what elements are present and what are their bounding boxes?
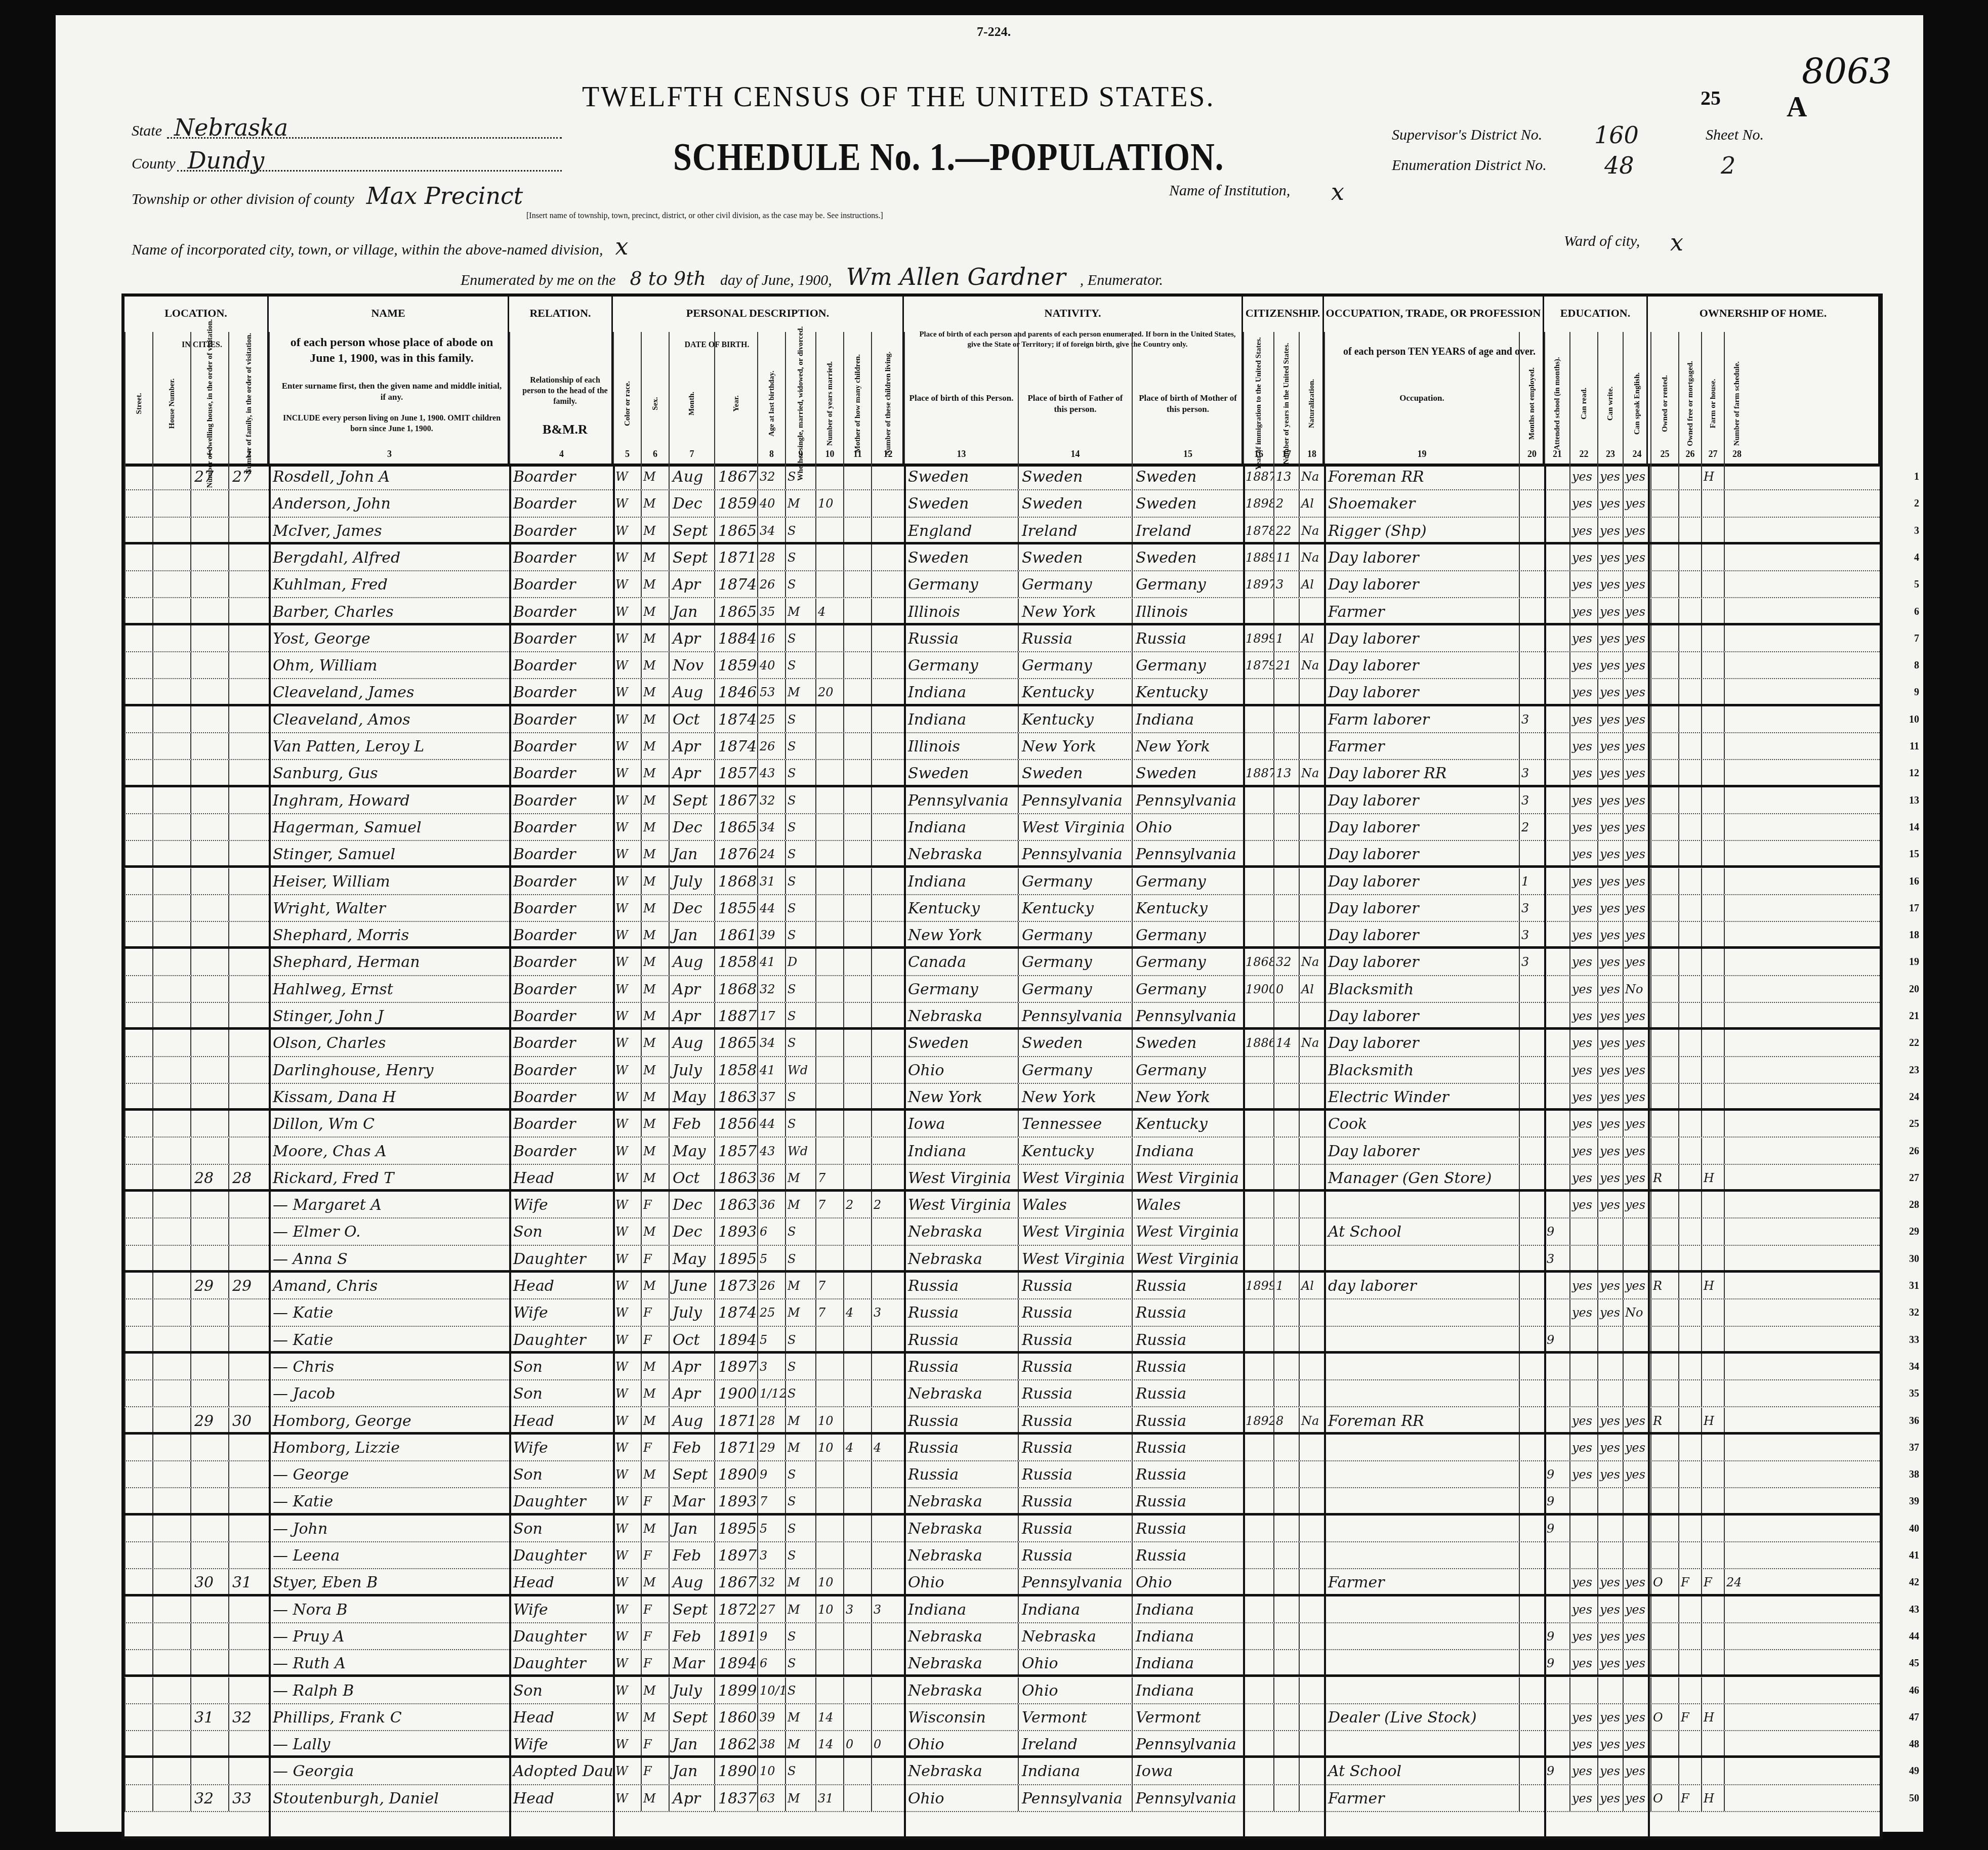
cell-ch bbox=[843, 1704, 871, 1730]
cell-fs bbox=[1724, 1677, 1749, 1703]
cell-fs bbox=[1724, 1380, 1749, 1406]
cell-fm bbox=[1678, 464, 1701, 489]
cell-fs bbox=[1724, 1623, 1749, 1649]
cell-house bbox=[152, 1758, 190, 1784]
cell-imm bbox=[1243, 1084, 1273, 1108]
table-row[interactable]: Cleaveland, AmosBoarderWMOct187425SIndia… bbox=[125, 706, 1880, 733]
cell-occ: Day laborer bbox=[1324, 679, 1519, 703]
cell-nat bbox=[1299, 1785, 1324, 1811]
cell-fm bbox=[1678, 1516, 1701, 1541]
cell-sch bbox=[1544, 625, 1569, 651]
cell-yus bbox=[1273, 1785, 1299, 1811]
cell-fam bbox=[228, 868, 269, 894]
cell-yr: 1859 bbox=[714, 652, 757, 678]
table-row[interactable]: Homborg, LizzieWifeWFFeb187129M1044Russi… bbox=[125, 1435, 1880, 1461]
table-row[interactable]: Hagerman, SamuelBoarderWMDec186534SIndia… bbox=[125, 814, 1880, 841]
cell-race: W bbox=[613, 1327, 641, 1351]
cell-imm bbox=[1243, 1596, 1273, 1622]
cell-nat bbox=[1299, 733, 1324, 759]
cell-yus: 1 bbox=[1273, 625, 1299, 651]
table-row[interactable]: Shephard, HermanBoarderWMAug185841DCanad… bbox=[125, 949, 1880, 976]
line-number: 43 bbox=[1909, 1596, 1919, 1623]
cell-name: — Katie bbox=[269, 1327, 509, 1351]
column-number: 13 bbox=[905, 449, 1018, 459]
cell-yr: 1867 bbox=[714, 464, 757, 489]
cell-dw bbox=[190, 1003, 228, 1027]
table-row[interactable]: McIver, JamesBoarderWMSept186534SEngland… bbox=[125, 518, 1880, 544]
cell-cl bbox=[871, 868, 904, 894]
cell-fam bbox=[228, 1111, 269, 1137]
cell-cl bbox=[871, 1354, 904, 1379]
cell-rd: yes bbox=[1569, 814, 1597, 840]
table-row[interactable]: — ChrisSonWMApr18973SRussiaRussiaRussia3… bbox=[125, 1354, 1880, 1380]
cell-wr: yes bbox=[1597, 1165, 1623, 1189]
cell-street bbox=[125, 1488, 152, 1512]
cell-race: W bbox=[613, 1542, 641, 1568]
cell-ms: M bbox=[785, 490, 815, 516]
cell-cl bbox=[871, 1003, 904, 1027]
cell-fm bbox=[1678, 1650, 1701, 1674]
cell-own bbox=[1650, 706, 1678, 732]
cell-cl bbox=[871, 706, 904, 732]
page-letter: A bbox=[1787, 91, 1807, 123]
cell-imm bbox=[1243, 1299, 1273, 1325]
cell-sch bbox=[1544, 922, 1569, 946]
column-header-sch: Attended school (in months).21 bbox=[1544, 332, 1569, 464]
table-row[interactable]: — JohnSonWMJan18955SNebraskaRussiaRussia… bbox=[125, 1516, 1880, 1542]
table-row[interactable]: — GeorgeSonWMSept18909SRussiaRussiaRussi… bbox=[125, 1461, 1880, 1488]
cell-en: yes bbox=[1623, 1003, 1650, 1027]
cell-street bbox=[125, 544, 152, 570]
cell-sex: M bbox=[641, 652, 669, 678]
cell-rd: yes bbox=[1569, 490, 1597, 516]
table-row[interactable]: Sanburg, GusBoarderWMApr185743SSwedenSwe… bbox=[125, 760, 1880, 787]
table-row[interactable]: Stinger, SamuelBoarderWMJan187624SNebras… bbox=[125, 841, 1880, 868]
cell-sch bbox=[1544, 571, 1569, 597]
cell-cl: 0 bbox=[871, 1731, 904, 1755]
column-label: Year. bbox=[732, 395, 740, 411]
cell-own bbox=[1650, 1030, 1678, 1056]
cell-race: W bbox=[613, 1003, 641, 1027]
table-row[interactable]: Yost, GeorgeBoarderWMApr188416SRussiaRus… bbox=[125, 625, 1880, 652]
cell-fam bbox=[228, 1030, 269, 1056]
cell-race: W bbox=[613, 733, 641, 759]
column-header-fb: Place of birth of Father of this person.… bbox=[1018, 332, 1132, 464]
cell-rel: Boarder bbox=[509, 625, 613, 651]
cell-dw bbox=[190, 895, 228, 921]
cell-rd bbox=[1569, 1327, 1597, 1351]
cell-en: yes bbox=[1623, 760, 1650, 784]
cell-race: W bbox=[613, 1677, 641, 1703]
cell-fh bbox=[1701, 1516, 1724, 1541]
table-row[interactable]: — Ruth ADaughterWFMar18946SNebraskaOhioI… bbox=[125, 1650, 1880, 1677]
cell-fs bbox=[1724, 949, 1749, 975]
cell-ym: 7 bbox=[815, 1192, 843, 1217]
cell-mne bbox=[1519, 1542, 1544, 1568]
cell-cl: 3 bbox=[871, 1299, 904, 1325]
table-row[interactable]: Darlinghouse, HenryBoarderWMJuly185841Wd… bbox=[125, 1057, 1880, 1084]
table-row[interactable]: 3233Stoutenburgh, DanielHeadWMApr183763M… bbox=[125, 1785, 1880, 1812]
cell-fam bbox=[228, 733, 269, 759]
cell-occ: Foreman RR bbox=[1324, 1408, 1519, 1432]
cell-fs bbox=[1724, 868, 1749, 894]
cell-mne bbox=[1519, 1380, 1544, 1406]
cell-fh bbox=[1701, 1327, 1724, 1351]
cell-fb: Russia bbox=[1018, 1542, 1132, 1568]
cell-own: O bbox=[1650, 1785, 1678, 1811]
cell-ch bbox=[843, 1380, 871, 1406]
cell-fam: 28 bbox=[228, 1165, 269, 1189]
cell-mb: Indiana bbox=[1132, 706, 1243, 732]
cell-race: W bbox=[613, 1354, 641, 1379]
cell-fb: Russia bbox=[1018, 1488, 1132, 1512]
cell-mon: Aug bbox=[669, 1408, 714, 1432]
column-number: 12 bbox=[872, 449, 904, 459]
cell-ms: S bbox=[785, 544, 815, 570]
cell-mon: Apr bbox=[669, 571, 714, 597]
cell-age: 29 bbox=[757, 1435, 785, 1460]
cell-yus bbox=[1273, 1084, 1299, 1108]
cell-fb: West Virginia bbox=[1018, 814, 1132, 840]
cell-name: Rosdell, John A bbox=[269, 464, 509, 489]
line-number: 18 bbox=[1909, 922, 1919, 949]
table-row[interactable]: — Anna SDaughterWFMay18955SNebraskaWest … bbox=[125, 1246, 1880, 1273]
cell-age: 40 bbox=[757, 652, 785, 678]
table-row[interactable]: 3031Styer, Eben BHeadWMAug186732M10OhioP… bbox=[125, 1569, 1880, 1596]
cell-wr: yes bbox=[1597, 1084, 1623, 1108]
cell-name: Stinger, John J bbox=[269, 1003, 509, 1027]
cell-mne bbox=[1519, 599, 1544, 623]
column-header-name: 3 bbox=[269, 332, 509, 464]
cell-mb: Sweden bbox=[1132, 490, 1243, 516]
cell-street bbox=[125, 814, 152, 840]
cell-ym: 10 bbox=[815, 1435, 843, 1460]
cell-own bbox=[1650, 1246, 1678, 1270]
cell-fm bbox=[1678, 1461, 1701, 1487]
cell-house bbox=[152, 1057, 190, 1083]
cell-own bbox=[1650, 1677, 1678, 1703]
cell-occ bbox=[1324, 1246, 1519, 1270]
cell-nat bbox=[1299, 1165, 1324, 1189]
table-row[interactable]: — LallyWifeWFJan186238M1400OhioIrelandPe… bbox=[125, 1731, 1880, 1758]
cell-sex: M bbox=[641, 544, 669, 570]
sheet-value: 2 bbox=[1721, 152, 1735, 179]
cell-rel: Head bbox=[509, 1408, 613, 1432]
cell-wr: yes bbox=[1597, 1461, 1623, 1487]
cell-sex: M bbox=[641, 1516, 669, 1541]
cell-fb: Vermont bbox=[1018, 1704, 1132, 1730]
line-number: 6 bbox=[1914, 599, 1919, 625]
cell-street bbox=[125, 760, 152, 784]
state-value: Nebraska bbox=[174, 114, 288, 141]
cell-fh bbox=[1701, 949, 1724, 975]
cell-age: 34 bbox=[757, 1030, 785, 1056]
table-row[interactable]: — Pruy ADaughterWFFeb18919SNebraskaNebra… bbox=[125, 1623, 1880, 1650]
cell-pb: Illinois bbox=[904, 599, 1018, 623]
cell-rel: Head bbox=[509, 1165, 613, 1189]
cell-name: Shephard, Morris bbox=[269, 922, 509, 946]
cell-fh: H bbox=[1701, 1408, 1724, 1432]
cell-ch bbox=[843, 1218, 871, 1244]
cell-fm bbox=[1678, 1380, 1701, 1406]
table-row[interactable]: Hahlweg, ErnstBoarderWMApr186832SGermany… bbox=[125, 976, 1880, 1003]
table-row[interactable]: Dillon, Wm CBoarderWMFeb185644SIowaTenne… bbox=[125, 1111, 1880, 1138]
cell-occ: Farm laborer bbox=[1324, 706, 1519, 732]
cell-imm bbox=[1243, 1165, 1273, 1189]
cell-yr: 1846 bbox=[714, 679, 757, 703]
cell-mb: Kentucky bbox=[1132, 1111, 1243, 1137]
cell-fs bbox=[1724, 1516, 1749, 1541]
cell-wr bbox=[1597, 1327, 1623, 1351]
cell-ms: S bbox=[785, 895, 815, 921]
cell-mb: Germany bbox=[1132, 949, 1243, 975]
cell-yr: 1865 bbox=[714, 518, 757, 542]
cell-ms: M bbox=[785, 1785, 815, 1811]
table-row[interactable]: — Margaret AWifeWFDec186336M722West Virg… bbox=[125, 1192, 1880, 1218]
cell-en bbox=[1623, 1327, 1650, 1351]
cell-fm bbox=[1678, 1273, 1701, 1298]
cell-fm bbox=[1678, 1218, 1701, 1244]
cell-ch bbox=[843, 1542, 871, 1568]
cell-wr bbox=[1597, 1542, 1623, 1568]
cell-sch: 9 bbox=[1544, 1516, 1569, 1541]
cell-fam bbox=[228, 787, 269, 813]
cell-ch bbox=[843, 1408, 871, 1432]
cell-fs bbox=[1724, 976, 1749, 1002]
table-row[interactable]: Barber, CharlesBoarderWMJan186535M4Illin… bbox=[125, 599, 1880, 625]
table-row[interactable]: Wright, WalterBoarderWMDec185544SKentuck… bbox=[125, 895, 1880, 922]
cell-cl bbox=[871, 544, 904, 570]
cell-nat bbox=[1299, 599, 1324, 623]
cell-en: yes bbox=[1623, 1461, 1650, 1487]
cell-fb: New York bbox=[1018, 1084, 1132, 1108]
cell-rel: Daughter bbox=[509, 1542, 613, 1568]
cell-house bbox=[152, 1003, 190, 1027]
cell-house bbox=[152, 814, 190, 840]
cell-en: No bbox=[1623, 976, 1650, 1002]
column-number: 5 bbox=[614, 449, 641, 459]
table-row[interactable]: Bergdahl, AlfredBoarderWMSept187128SSwed… bbox=[125, 544, 1880, 571]
cell-sch: 9 bbox=[1544, 1623, 1569, 1649]
cell-age: 17 bbox=[757, 1003, 785, 1027]
line-number: 12 bbox=[1909, 760, 1919, 787]
cell-fam bbox=[228, 679, 269, 703]
cell-mon: Apr bbox=[669, 1354, 714, 1379]
cell-rel: Boarder bbox=[509, 518, 613, 542]
cell-rd: yes bbox=[1569, 922, 1597, 946]
cell-ch bbox=[843, 1569, 871, 1593]
table-row[interactable]: — Elmer O.SonWMDec18936SNebraskaWest Vir… bbox=[125, 1218, 1880, 1245]
cell-rel: Adopted Daughter bbox=[509, 1758, 613, 1784]
column-number: 4 bbox=[510, 449, 613, 459]
column-header-cl: Number of these children living.12 bbox=[871, 332, 904, 464]
cell-yus bbox=[1273, 1327, 1299, 1351]
cell-mb: Russia bbox=[1132, 1380, 1243, 1406]
column-number: 19 bbox=[1325, 449, 1519, 459]
cell-fam bbox=[228, 760, 269, 784]
table-row[interactable]: — KatieWifeWFJuly187425M743RussiaRussiaR… bbox=[125, 1299, 1880, 1326]
cell-fs bbox=[1724, 652, 1749, 678]
table-row[interactable]: — JacobSonWMApr19001/12SNebraskaRussiaRu… bbox=[125, 1380, 1880, 1407]
table-row[interactable]: 3132Phillips, Frank CHeadWMSept186039M14… bbox=[125, 1704, 1880, 1731]
cell-yr: 1858 bbox=[714, 1057, 757, 1083]
nativity-group-title: NATIVITY. bbox=[904, 297, 1241, 320]
cell-rel: Boarder bbox=[509, 1084, 613, 1108]
cell-dw bbox=[190, 1516, 228, 1541]
cell-dw bbox=[190, 787, 228, 813]
cell-ms: S bbox=[785, 464, 815, 489]
cell-en: yes bbox=[1623, 1408, 1650, 1432]
column-label: Place of birth of this Person. bbox=[905, 332, 1018, 407]
cell-occ bbox=[1324, 1461, 1519, 1487]
cell-fs bbox=[1724, 679, 1749, 703]
cell-occ: Dealer (Live Stock) bbox=[1324, 1704, 1519, 1730]
table-row[interactable]: — KatieDaughterWFMar18937SNebraskaRussia… bbox=[125, 1488, 1880, 1515]
cell-rel: Boarder bbox=[509, 1057, 613, 1083]
table-row[interactable]: Moore, Chas ABoarderWMMay185743WdIndiana… bbox=[125, 1138, 1880, 1165]
cell-yr: 1863 bbox=[714, 1192, 757, 1217]
cell-mon: Feb bbox=[669, 1542, 714, 1568]
cell-fm bbox=[1678, 868, 1701, 894]
cell-nat bbox=[1299, 787, 1324, 813]
cell-race: W bbox=[613, 841, 641, 865]
column-header-yr: Year. bbox=[714, 332, 757, 464]
cell-sex: M bbox=[641, 949, 669, 975]
cell-yus: 22 bbox=[1273, 518, 1299, 542]
cell-dw bbox=[190, 679, 228, 703]
cell-sex: M bbox=[641, 1030, 669, 1056]
table-row[interactable]: Heiser, WilliamBoarderWMJuly186831SIndia… bbox=[125, 868, 1880, 895]
cell-fam: 27 bbox=[228, 464, 269, 489]
cell-dw bbox=[190, 1192, 228, 1217]
table-row[interactable]: 2727Rosdell, John ABoarderWMAug186732SSw… bbox=[125, 464, 1880, 490]
cell-fam bbox=[228, 1246, 269, 1270]
cell-street bbox=[125, 1461, 152, 1487]
table-row[interactable]: Van Patten, Leroy LBoarderWMApr187426SIl… bbox=[125, 733, 1880, 760]
cell-en bbox=[1623, 1218, 1650, 1244]
table-row[interactable]: Kissam, Dana HBoarderWMMay186337SNew Yor… bbox=[125, 1084, 1880, 1111]
cell-imm bbox=[1243, 1623, 1273, 1649]
table-row[interactable]: — KatieDaughterWFOct18945SRussiaRussiaRu… bbox=[125, 1327, 1880, 1354]
cell-ch: 0 bbox=[843, 1731, 871, 1755]
supervisor-label: Supervisor's District No. bbox=[1392, 127, 1542, 143]
table-row[interactable]: Stinger, John JBoarderWMApr188717SNebras… bbox=[125, 1003, 1880, 1030]
cell-fam bbox=[228, 706, 269, 732]
cell-fm bbox=[1678, 1111, 1701, 1137]
cell-mb: Russia bbox=[1132, 1488, 1243, 1512]
cell-nat bbox=[1299, 868, 1324, 894]
cell-house bbox=[152, 1785, 190, 1811]
page-number: 25 bbox=[1701, 86, 1721, 110]
cell-ym bbox=[815, 949, 843, 975]
cell-fam bbox=[228, 518, 269, 542]
cell-yus: 2 bbox=[1273, 490, 1299, 516]
cell-fam bbox=[228, 1650, 269, 1674]
cell-yus bbox=[1273, 706, 1299, 732]
cell-wr: yes bbox=[1597, 760, 1623, 784]
cell-ym: 31 bbox=[815, 1785, 843, 1811]
cell-age: 32 bbox=[757, 976, 785, 1002]
cell-race: W bbox=[613, 949, 641, 975]
cell-occ: Day laborer bbox=[1324, 841, 1519, 865]
cell-yr: 1867 bbox=[714, 787, 757, 813]
cell-sch: 9 bbox=[1544, 1650, 1569, 1674]
cell-ym bbox=[815, 1084, 843, 1108]
table-row[interactable]: — Ralph BSonWMJuly189910/12SNebraskaOhio… bbox=[125, 1677, 1880, 1704]
cell-race: W bbox=[613, 760, 641, 784]
cell-imm bbox=[1243, 1111, 1273, 1137]
cell-mb: West Virginia bbox=[1132, 1246, 1243, 1270]
cell-age: 3 bbox=[757, 1542, 785, 1568]
cell-fm bbox=[1678, 1246, 1701, 1270]
cell-own: R bbox=[1650, 1165, 1678, 1189]
table-row[interactable]: — LeenaDaughterWFFeb18973SNebraskaRussia… bbox=[125, 1542, 1880, 1569]
cell-yus bbox=[1273, 1704, 1299, 1730]
cell-ms: M bbox=[785, 1731, 815, 1755]
table-row[interactable]: 2930Homborg, GeorgeHeadWMAug187128M10Rus… bbox=[125, 1408, 1880, 1435]
table-row[interactable]: — GeorgiaAdopted DaughterWFJan189010SNeb… bbox=[125, 1758, 1880, 1785]
table-row[interactable]: — Nora BWifeWFSept187227M1033IndianaIndi… bbox=[125, 1596, 1880, 1623]
cell-own bbox=[1650, 868, 1678, 894]
cell-fm bbox=[1678, 625, 1701, 651]
table-row[interactable]: Inghram, HowardBoarderWMSept186732SPenns… bbox=[125, 787, 1880, 814]
column-label: Street. bbox=[135, 393, 143, 414]
cell-occ bbox=[1324, 1542, 1519, 1568]
cell-en: yes bbox=[1623, 490, 1650, 516]
cell-own bbox=[1650, 1461, 1678, 1487]
cell-en: yes bbox=[1623, 1111, 1650, 1137]
cell-mon: July bbox=[669, 1299, 714, 1325]
cell-cl bbox=[871, 652, 904, 678]
cell-occ: Day laborer bbox=[1324, 1003, 1519, 1027]
table-row[interactable]: Kuhlman, FredBoarderWMApr187426SGermanyG… bbox=[125, 571, 1880, 598]
table-row[interactable]: Anderson, JohnBoarderWMDec185940M10Swede… bbox=[125, 490, 1880, 517]
table-row[interactable]: 2828Rickard, Fred THeadWMOct186336M7West… bbox=[125, 1165, 1880, 1192]
cell-fs bbox=[1724, 1758, 1749, 1784]
cell-ym: 7 bbox=[815, 1299, 843, 1325]
cell-name: — George bbox=[269, 1461, 509, 1487]
table-row[interactable]: 2929Amand, ChrisHeadWMJune187326M7Russia… bbox=[125, 1273, 1880, 1299]
cell-imm: 1879 bbox=[1243, 652, 1273, 678]
cell-house bbox=[152, 599, 190, 623]
district-box: Supervisor's District No. 160 Sheet No. … bbox=[1392, 127, 1807, 187]
cell-own bbox=[1650, 544, 1678, 570]
cell-own bbox=[1650, 733, 1678, 759]
cell-yus bbox=[1273, 1218, 1299, 1244]
cell-en: yes bbox=[1623, 895, 1650, 921]
table-row[interactable]: Cleaveland, JamesBoarderWMAug184653M20In… bbox=[125, 679, 1880, 706]
table-row[interactable]: Shephard, MorrisBoarderWMJan186139SNew Y… bbox=[125, 922, 1880, 949]
cell-mne bbox=[1519, 1057, 1544, 1083]
column-label: Number of these children living. bbox=[884, 352, 892, 456]
cell-street bbox=[125, 976, 152, 1002]
cell-imm bbox=[1243, 1516, 1273, 1541]
cell-ch bbox=[843, 1488, 871, 1512]
cell-mb: West Virginia bbox=[1132, 1165, 1243, 1189]
cell-imm: 1889 bbox=[1243, 544, 1273, 570]
cell-cl bbox=[871, 1650, 904, 1674]
cell-en: yes bbox=[1623, 599, 1650, 623]
cell-occ: Cook bbox=[1324, 1111, 1519, 1137]
column-header-mon: Month.7 bbox=[669, 332, 714, 464]
table-row[interactable]: Ohm, WilliamBoarderWMNov185940SGermanyGe… bbox=[125, 652, 1880, 679]
cell-rel: Boarder bbox=[509, 868, 613, 894]
cell-wr bbox=[1597, 1354, 1623, 1379]
cell-ms: S bbox=[785, 1111, 815, 1137]
cell-name: — Ruth A bbox=[269, 1650, 509, 1674]
cell-yus bbox=[1273, 1057, 1299, 1083]
table-row[interactable]: Olson, CharlesBoarderWMAug186534SSwedenS… bbox=[125, 1030, 1880, 1057]
